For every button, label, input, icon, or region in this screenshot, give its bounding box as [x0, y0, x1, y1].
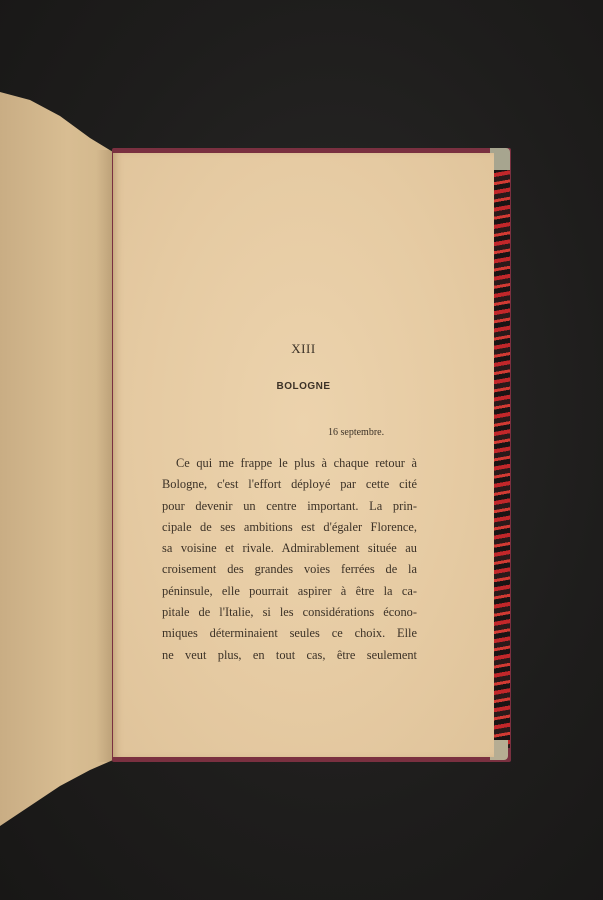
chapter-number: XIII: [113, 341, 494, 357]
right-page: XIII BOLOGNE 16 septembre. Ce qui me fra…: [113, 153, 494, 757]
text-line: croisement des grandes voies ferrées de …: [162, 559, 417, 580]
text-line: ne veut plus, en tout cas, être seulemen…: [162, 645, 417, 666]
text-line: cipale de ses ambitions est d'égaler Flo…: [162, 517, 417, 538]
date-line: 16 septembre.: [328, 427, 384, 438]
text-line: Ce qui me frappe le plus à chaque retour…: [162, 453, 417, 474]
text-line: péninsule, elle pourrait aspirer à être …: [162, 581, 417, 602]
chapter-title: BOLOGNE: [113, 381, 494, 392]
text-line: pour devenir un centre important. La pri…: [162, 496, 417, 517]
text-line: sa voisine et rivale. Admirablement situ…: [162, 538, 417, 559]
text-line: Bologne, c'est l'effort déployé par cett…: [162, 474, 417, 495]
gutter-shadow: [96, 150, 113, 762]
marbled-page-edge: [494, 168, 510, 748]
text-line: pitale de l'Italie, si les considération…: [162, 602, 417, 623]
body-paragraph: Ce qui me frappe le plus à chaque retour…: [162, 453, 417, 666]
text-line: miques déterminaient seules ce choix. El…: [162, 623, 417, 644]
